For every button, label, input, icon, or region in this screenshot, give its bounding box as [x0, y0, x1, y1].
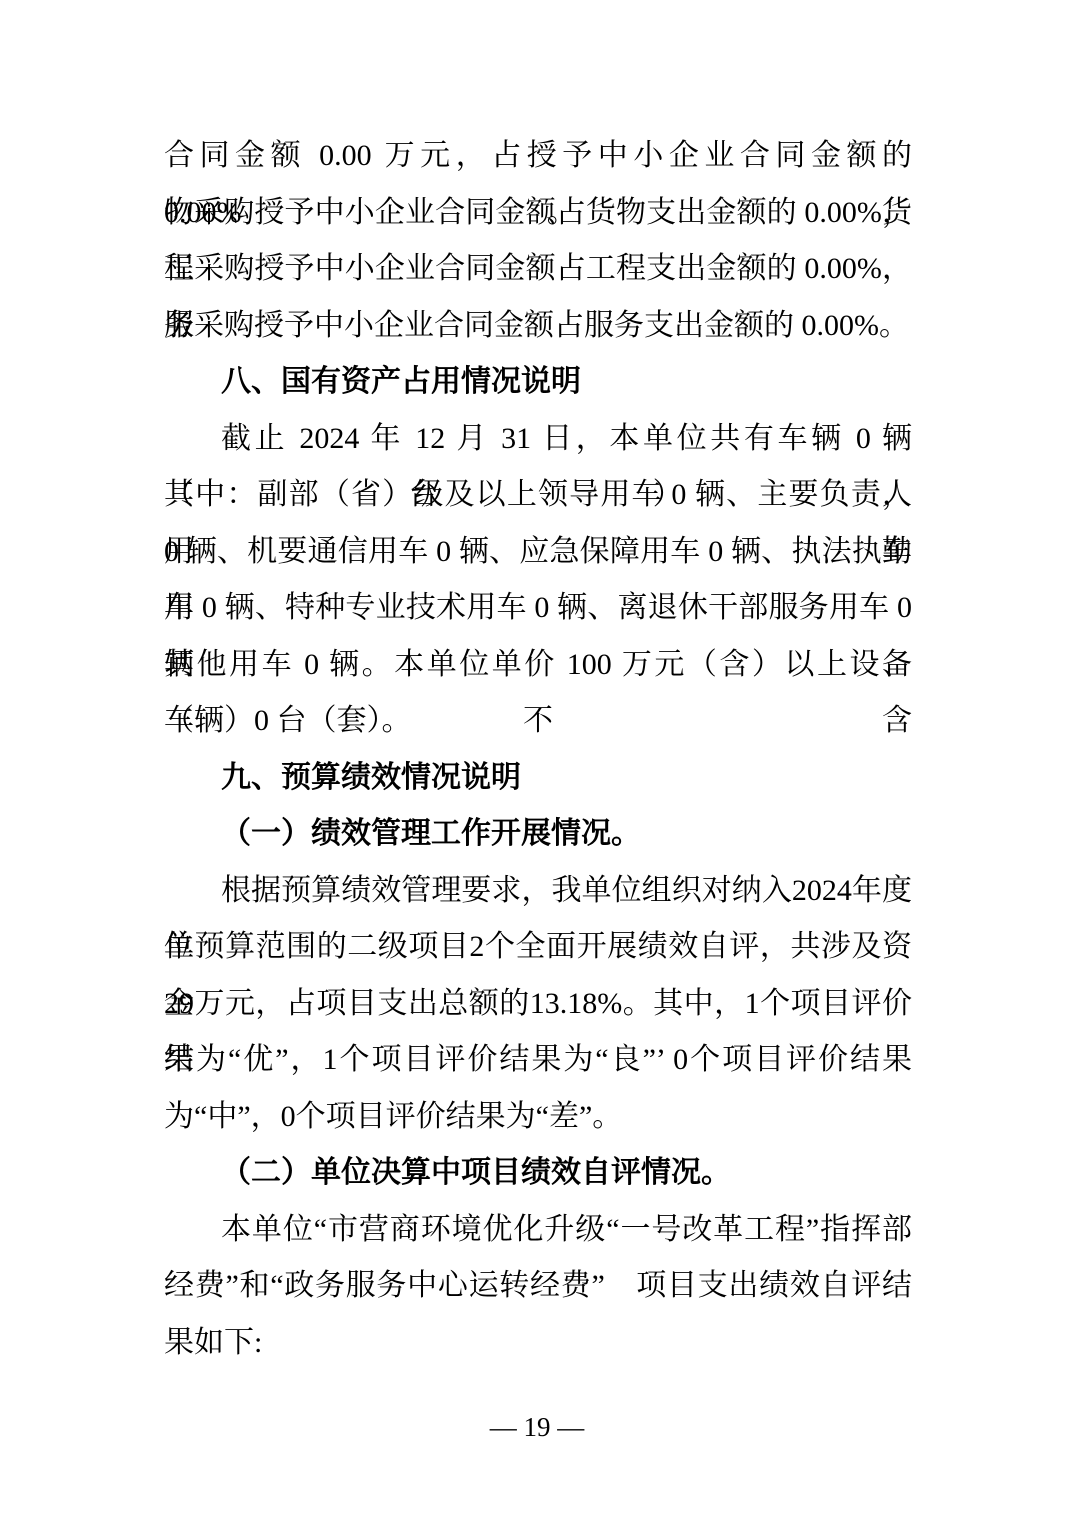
page-number: — 19 — — [490, 1412, 585, 1442]
paragraph-line: 为“中”，0个项目评价结果为“差”。 — [164, 1089, 912, 1146]
paragraph-line: 0 辆、机要通信用车 0 辆、应急保障用车 0 辆、执法执勤用 — [164, 524, 912, 581]
paragraph-line: 合同金额 0.00 万元，占授予中小企业合同金额的 0.00%。货 — [164, 128, 912, 185]
paragraph-line: 29万元，占项目支出总额的13.18%。其中，1个项目评价结 — [164, 976, 912, 1033]
paragraph-line: 程采购授予中小企业合同金额占工程支出金额的 0.00%，服 — [164, 241, 912, 298]
paragraph-line: 位预算范围的二级项目2个全面开展绩效自评，共涉及资金 — [164, 919, 912, 976]
paragraph-line: 本单位“市营商环境优化升级“一号改革工程”指挥部 — [164, 1202, 912, 1259]
paragraph-line: 果如下: — [164, 1315, 912, 1372]
paragraph-line: 经费”和“政务服务中心运转经费” 项目支出绩效自评结 — [164, 1258, 912, 1315]
document-body: 合同金额 0.00 万元，占授予中小企业合同金额的 0.00%。货 物采购授予中… — [164, 128, 912, 1371]
section-heading-9: 九、预算绩效情况说明 — [164, 750, 912, 807]
paragraph-line: 果为“优”，1个项目评价结果为“良”’ 0个项目评价结果 — [164, 1032, 912, 1089]
subsection-heading-1: （一）绩效管理工作开展情况。 — [164, 806, 912, 863]
paragraph-line: 其中：副部（省）级及以上领导用车 0 辆、主要负责人用车 — [164, 467, 912, 524]
page-footer: — 19 — — [0, 1404, 1074, 1450]
document-page: 合同金额 0.00 万元，占授予中小企业合同金额的 0.00%。货 物采购授予中… — [0, 0, 1074, 1520]
paragraph-line: 其他用车 0 辆。本单位单价 100 万元（含）以上设备（不含 — [164, 637, 912, 694]
paragraph-line: 物采购授予中小企业合同金额占货物支出金额的 0.00%，工 — [164, 185, 912, 242]
section-heading-8: 八、国有资产占用情况说明 — [164, 354, 912, 411]
paragraph-line: 务采购授予中小企业合同金额占服务支出金额的 0.00%。 — [164, 298, 912, 355]
paragraph-line: 根据预算绩效管理要求，我单位组织对纳入2024年度单 — [164, 863, 912, 920]
subsection-heading-2: （二）单位决算中项目绩效自评情况。 — [164, 1145, 912, 1202]
paragraph-line: 截止 2024 年 12 月 31 日，本单位共有车辆 0 辆（台）， — [164, 411, 912, 468]
paragraph-line: 车 0 辆、特种专业技术用车 0 辆、离退休干部服务用车 0 辆、 — [164, 580, 912, 637]
